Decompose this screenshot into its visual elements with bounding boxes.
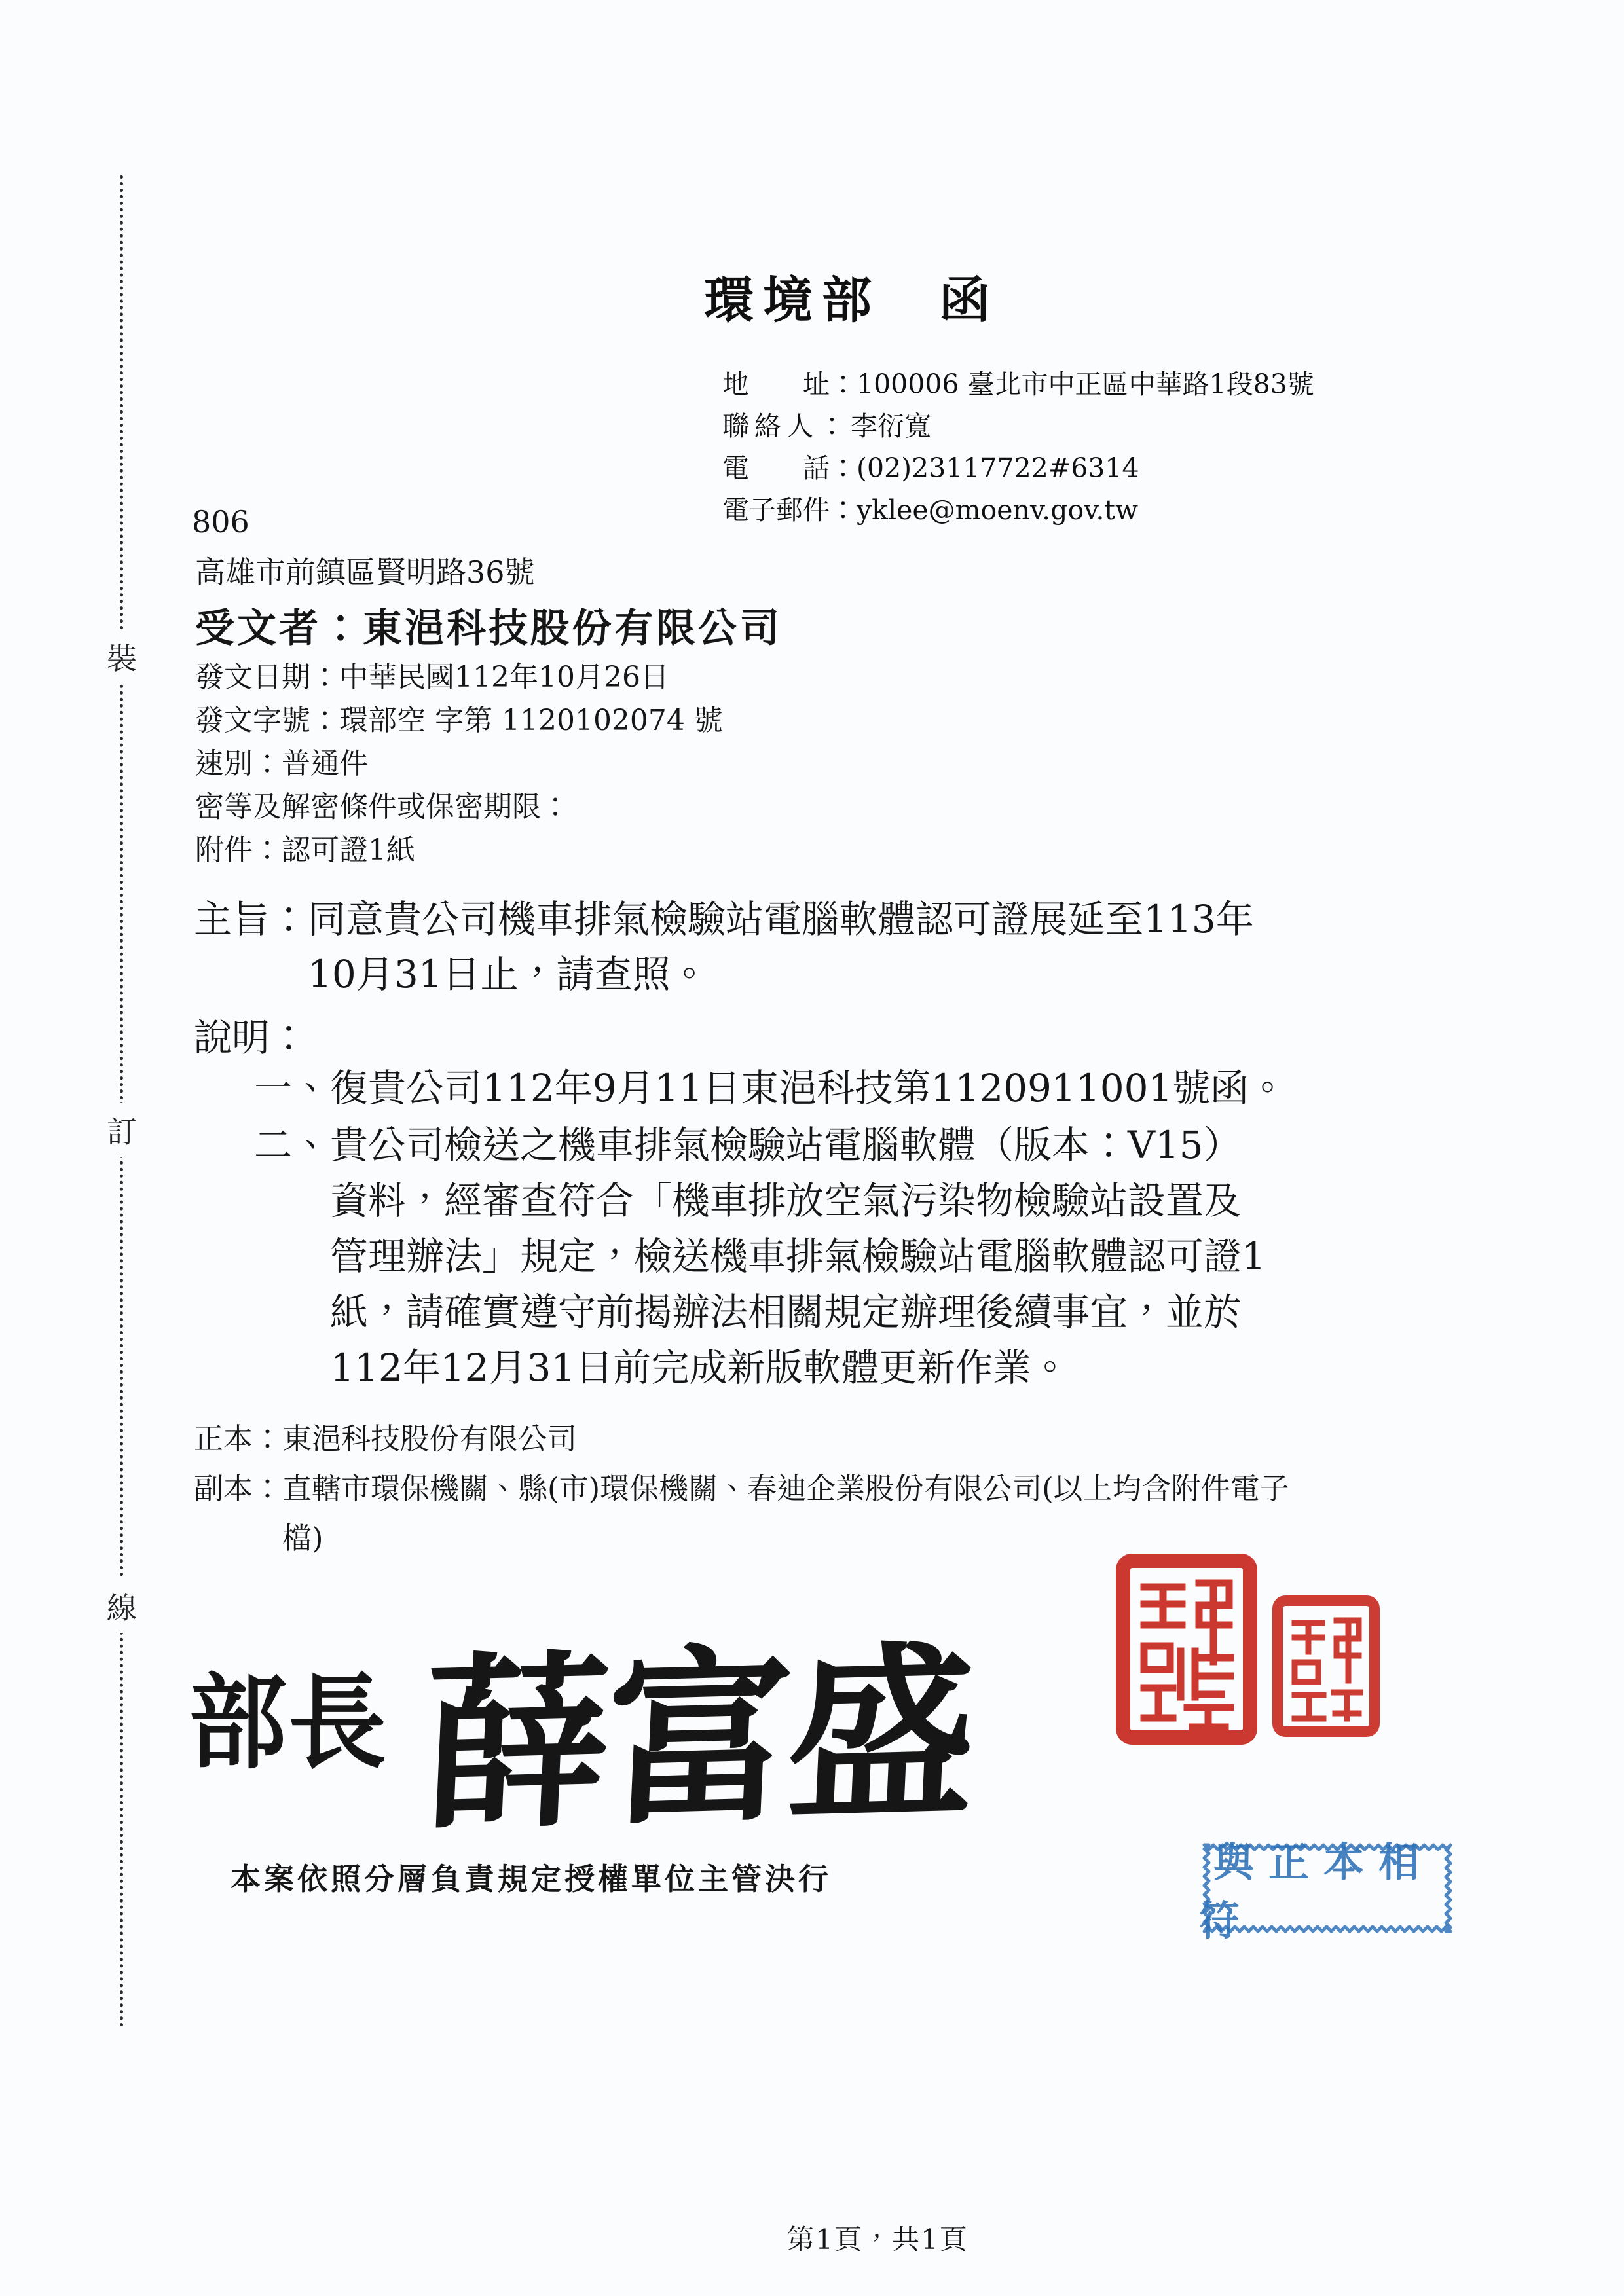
recipient-postal-code: 806	[192, 504, 249, 539]
subject-label: 主旨：	[194, 892, 308, 947]
explanation-label: 說明：	[194, 1007, 308, 1062]
explanation-item-2: 二、 貴公司檢送之機車排氣檢驗站電腦軟體（版本：V15） 資料，經審查符合「機車…	[254, 1118, 1472, 1396]
binding-dotted-line	[120, 175, 123, 2028]
speed-class-line: 速別：普通件	[195, 742, 723, 786]
document-meta-block: 發文日期：中華民國112年10月26日 發文字號：環部空 字第 11201020…	[195, 656, 723, 872]
cc-copy-label: 副本：	[194, 1464, 282, 1514]
contact-address-row: 地 址： 100006 臺北市中正區中華路1段83號	[722, 363, 1314, 405]
page-indicator: 第1頁，共1頁	[707, 2218, 1048, 2257]
document-title: 環境部 函	[704, 261, 999, 332]
original-copy-row: 正本： 東浥科技股份有限公司	[194, 1414, 1477, 1464]
cc-copy-value: 直轄市環保機關、縣(市)環保機關、春迪企業股份有限公司(以上均含附件電子 檔)	[282, 1464, 1477, 1563]
copy-line: 東浥科技股份有限公司	[282, 1414, 1477, 1464]
cc-copy-row: 副本： 直轄市環保機關、縣(市)環保機關、春迪企業股份有限公司(以上均含附件電子…	[194, 1464, 1477, 1563]
contact-address-value: 100006 臺北市中正區中華路1段83號	[857, 363, 1314, 405]
original-copy-value: 東浥科技股份有限公司	[282, 1414, 1477, 1464]
contact-person-value: 李衍寬	[851, 405, 931, 447]
minister-name-calligraphy: 薛富盛	[418, 1582, 978, 1866]
contact-person-row: 聯絡人： 李衍寬	[722, 405, 1314, 447]
red-seal-large	[1115, 1553, 1258, 1745]
copy-line: 直轄市環保機關、縣(市)環保機關、春迪企業股份有限公司(以上均含附件電子	[282, 1464, 1477, 1514]
original-copy-label: 正本：	[194, 1414, 282, 1464]
authorization-note: 本案依照分層負責規定授權單位主管決行	[231, 1855, 832, 1899]
contact-email-value: yklee@moenv.gov.tw	[857, 489, 1138, 531]
item-line: 112年12月31日前完成新版軟體更新作業。	[330, 1340, 1472, 1396]
attachment-line: 附件：認可證1紙	[195, 829, 723, 872]
contact-phone-row: 電 話： (02)23117722#6314	[722, 447, 1314, 489]
scanned-official-letter: 裝 訂 線 環境部 函 地 址： 100006 臺北市中正區中華路1段83號 聯…	[0, 0, 1624, 2296]
item-body: 貴公司檢送之機車排氣檢驗站電腦軟體（版本：V15） 資料，經審查符合「機車排放空…	[330, 1118, 1472, 1396]
security-class-line: 密等及解密條件或保密期限：	[195, 786, 723, 829]
red-seal-small	[1271, 1594, 1381, 1738]
subject-block: 主旨： 同意貴公司機車排氣檢驗站電腦軟體認可證展延至113年 10月31日止，請…	[194, 892, 1458, 1002]
item-line: 資料，經審查符合「機車排放空氣污染物檢驗站設置及	[330, 1173, 1472, 1229]
contact-address-label: 地 址：	[722, 363, 857, 405]
subject-body: 同意貴公司機車排氣檢驗站電腦軟體認可證展延至113年 10月31日止，請查照。	[308, 892, 1458, 1002]
explanation-item-1: 一、 復貴公司112年9月11日東浥科技第1120911001號函。	[254, 1061, 1472, 1116]
binding-mark-zhuang: 裝	[103, 630, 140, 683]
certified-true-copy-stamp: 與正本相符	[1199, 1840, 1456, 1937]
contact-email-label: 電子郵件：	[722, 489, 857, 531]
contact-email-row: 電子郵件： yklee@moenv.gov.tw	[722, 489, 1314, 531]
explanation-items: 一、 復貴公司112年9月11日東浥科技第1120911001號函。 二、 貴公…	[254, 1061, 1472, 1397]
subject-line: 10月31日止，請查照。	[308, 947, 1458, 1002]
item-line: 復貴公司112年9月11日東浥科技第1120911001號函。	[330, 1061, 1472, 1116]
recipient-line: 受文者：東浥科技股份有限公司	[195, 597, 782, 653]
minister-signature-block: 部長 薛富盛	[189, 1576, 972, 1851]
recipient-street-address: 高雄市前鎮區賢明路36號	[195, 549, 535, 592]
item-body: 復貴公司112年9月11日東浥科技第1120911001號函。	[330, 1061, 1472, 1116]
contact-phone-value: (02)23117722#6314	[857, 447, 1139, 489]
binding-mark-ding: 訂	[103, 1103, 140, 1157]
issue-date-line: 發文日期：中華民國112年10月26日	[195, 656, 723, 699]
copy-line: 檔)	[282, 1514, 1477, 1563]
item-line: 紙，請確實遵守前揭辦法相關規定辦理後續事宜，並於	[330, 1285, 1472, 1340]
contact-phone-label: 電 話：	[722, 447, 857, 489]
item-number: 二、	[254, 1118, 330, 1173]
item-line: 貴公司檢送之機車排氣檢驗站電腦軟體（版本：V15）	[330, 1118, 1472, 1173]
reference-number-line: 發文字號：環部空 字第 1120102074 號	[195, 699, 723, 742]
binding-mark-xian: 線	[103, 1579, 140, 1633]
contact-person-label: 聯絡人：	[722, 405, 851, 447]
item-number: 一、	[254, 1061, 330, 1116]
agency-contact-block: 地 址： 100006 臺北市中正區中華路1段83號 聯絡人： 李衍寬 電 話：…	[722, 363, 1314, 531]
minister-title: 部長	[189, 1640, 388, 1789]
item-line: 管理辦法」規定，檢送機車排氣檢驗站電腦軟體認可證1	[330, 1229, 1472, 1285]
copies-block: 正本： 東浥科技股份有限公司 副本： 直轄市環保機關、縣(市)環保機關、春迪企業…	[194, 1414, 1477, 1563]
subject-line: 同意貴公司機車排氣檢驗站電腦軟體認可證展延至113年	[308, 892, 1458, 947]
stamp-text: 與正本相符	[1199, 1840, 1456, 1937]
